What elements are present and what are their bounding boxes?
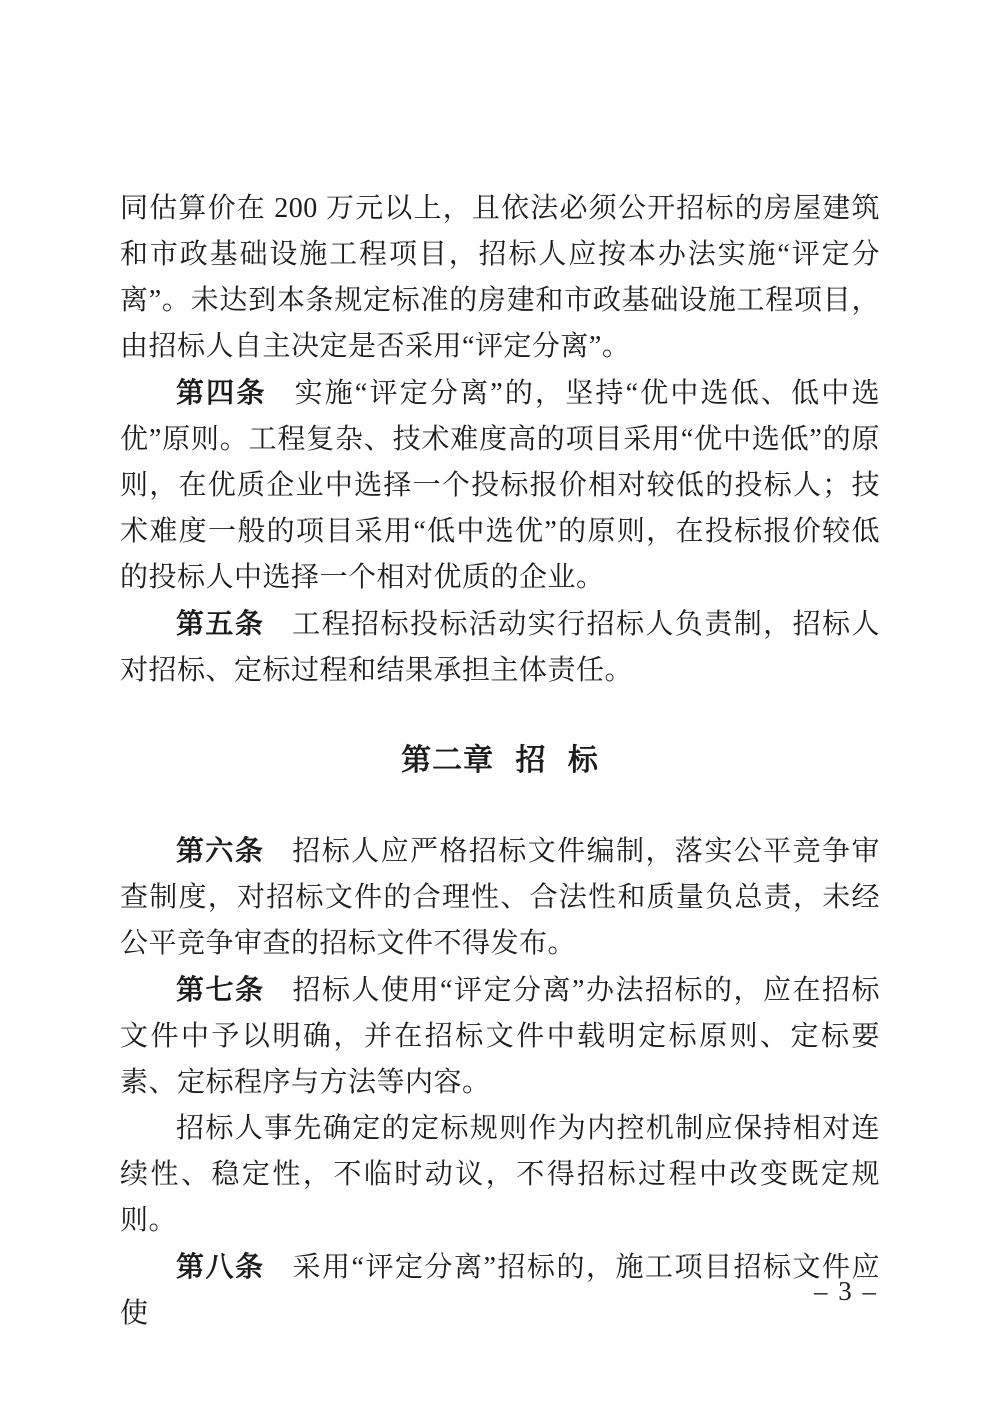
document-body: 同估算价在 200 万元以上，且依法必须公开招标的房屋建筑和市政基础设施工程项目… (0, 0, 1000, 1337)
paragraph-article-4: 第四条实施“评定分离”的，坚持“优中选低、低中选优”原则。工程复杂、技术难度高的… (120, 370, 880, 601)
article-number: 第八条 (176, 1251, 265, 1282)
page-number: – 3 – (814, 1276, 878, 1307)
paragraph-continuation: 同估算价在 200 万元以上，且依法必须公开招标的房屋建筑和市政基础设施工程项目… (120, 186, 880, 370)
paragraph-text: 同估算价在 200 万元以上，且依法必须公开招标的房屋建筑和市政基础设施工程项目… (120, 193, 880, 362)
article-number: 第五条 (176, 608, 264, 639)
chapter-heading: 第二章 招 标 (120, 738, 880, 784)
article-number: 第六条 (176, 835, 264, 866)
paragraph-text: 招标人事先确定的定标规则作为内控机制应保持相对连续性、稳定性，不临时动议，不得招… (120, 1113, 880, 1236)
document-page: 同估算价在 200 万元以上，且依法必须公开招标的房屋建筑和市政基础设施工程项目… (0, 0, 1000, 1414)
article-number: 第四条 (176, 377, 267, 408)
paragraph-text: 实施“评定分离”的，坚持“优中选低、低中选优”原则。工程复杂、技术难度高的项目采… (120, 378, 880, 593)
paragraph-rules-continuity: 招标人事先确定的定标规则作为内控机制应保持相对连续性、稳定性，不临时动议，不得招… (120, 1106, 880, 1244)
paragraph-article-5: 第五条工程招标投标活动实行招标人负责制，招标人对招标、定标过程和结果承担主体责任… (120, 601, 880, 694)
article-number: 第七条 (176, 974, 265, 1005)
paragraph-article-7: 第七条招标人使用“评定分离”办法招标的，应在招标文件中予以明确，并在招标文件中载… (120, 967, 880, 1106)
paragraph-article-8: 第八条采用“评定分离”招标的，施工项目招标文件应使 (120, 1244, 880, 1337)
paragraph-article-6: 第六条招标人应严格招标文件编制，落实公平竞争审查制度，对招标文件的合理性、合法性… (120, 828, 880, 967)
